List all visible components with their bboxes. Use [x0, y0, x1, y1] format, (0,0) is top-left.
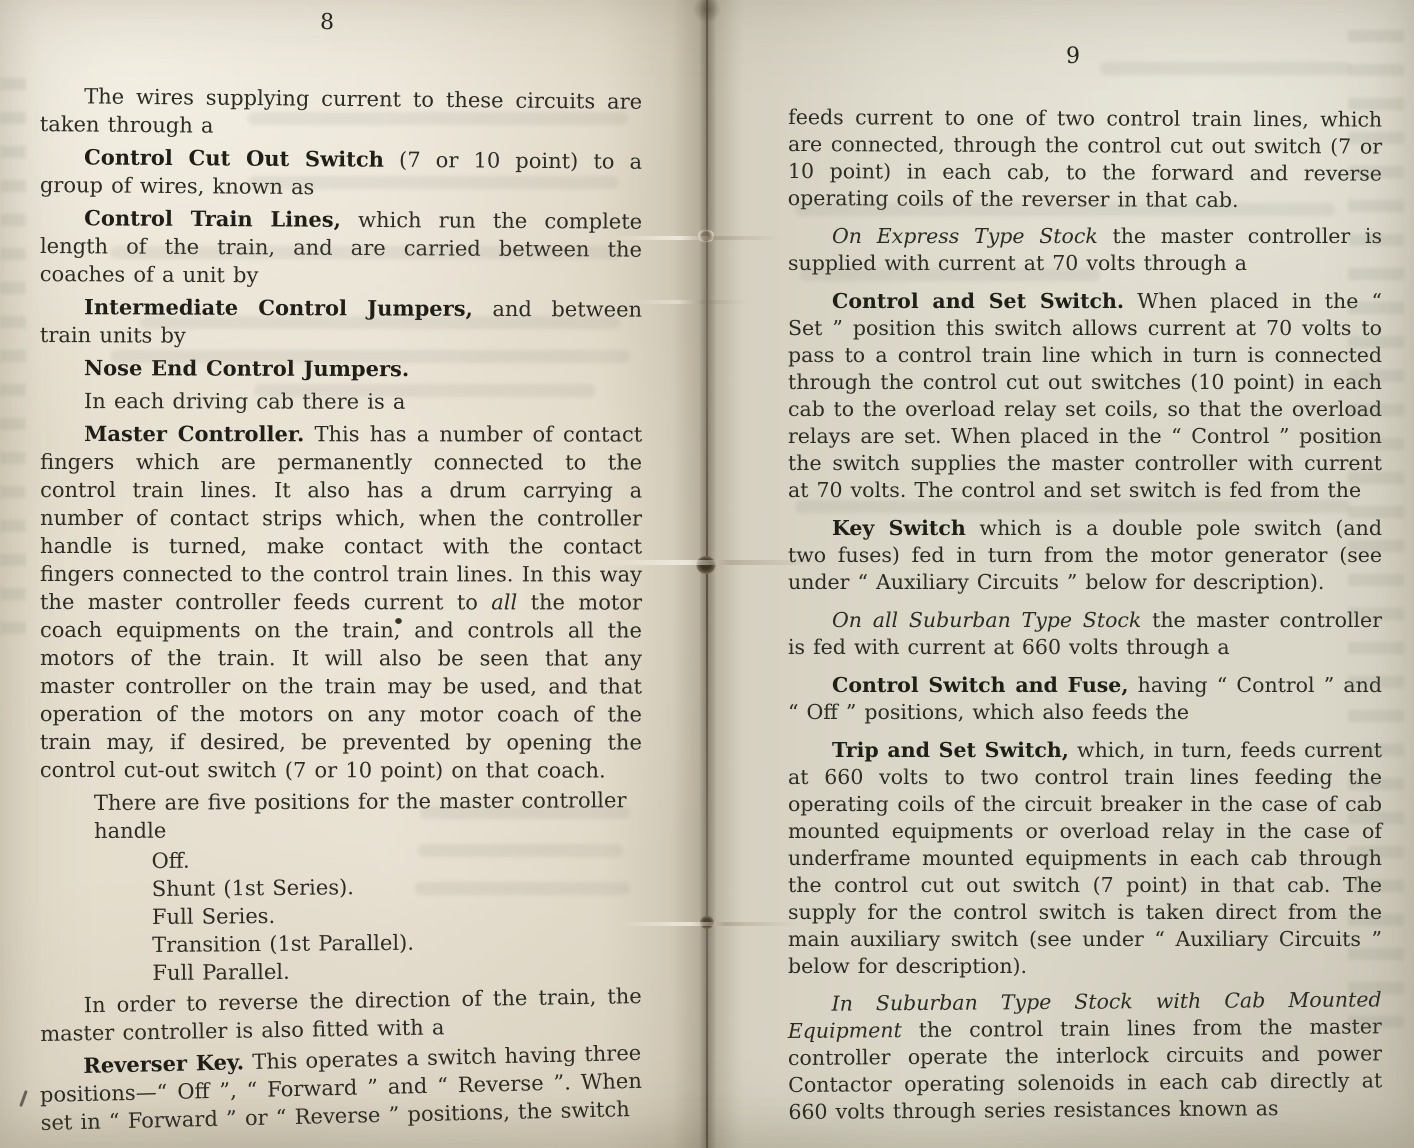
paragraph: Intermediate Control Jumpers, and betwee… [40, 293, 642, 352]
body-text: In each driving cab there is a [84, 389, 406, 414]
body-text: This has a number of contact fingers whi… [40, 422, 642, 614]
body-text: the motor coach equipments on the train,… [40, 590, 642, 782]
headword: Intermediate Control Jumpers, [84, 294, 473, 321]
headword: Control and Set Switch. [832, 289, 1124, 313]
body-text: feeds current to one of two control trai… [788, 105, 1382, 212]
bleed-through-ghost [1100, 62, 1350, 75]
position-list: Off.Shunt (1st Series).Full Series.Trans… [151, 843, 642, 987]
list-item: Transition (1st Parallel). [152, 927, 642, 959]
body-text: In order to reverse the direction of the… [40, 984, 642, 1046]
paragraph: Master Controller. This has a number of … [40, 420, 642, 785]
list-item: Off. [151, 843, 641, 875]
paragraph: On all Suburban Type Stock the master co… [788, 607, 1382, 661]
paragraph: In each driving cab there is a [40, 387, 642, 416]
list-item: Shunt (1st Series). [152, 871, 642, 903]
list-item: Full Parallel. [152, 955, 642, 987]
body-text: which, in turn, feeds current at 660 vol… [788, 738, 1382, 978]
paragraph: Control Cut Out Switch (7 or 10 point) t… [40, 143, 642, 204]
paragraph: On Express Type Stock the master control… [788, 223, 1382, 277]
body-text: The wires supplying current to these cir… [40, 84, 642, 137]
pen-mark [19, 1090, 28, 1107]
italic-text: On Express Type Stock [832, 224, 1098, 248]
page-number-right: 9 [1066, 44, 1080, 69]
body-text: When placed in the “ Set ” position this… [788, 289, 1382, 502]
paragraph: In order to reverse the direction of the… [40, 982, 643, 1048]
paragraph: Trip and Set Switch, which, in turn, fee… [788, 737, 1382, 980]
paragraph: In Suburban Type Stock with Cab Mounted … [787, 986, 1382, 1126]
bleed-through-ghost-column [0, 78, 26, 638]
page-number-left: 8 [320, 10, 334, 35]
ink-speck [395, 618, 402, 624]
headword: Trip and Set Switch, [832, 738, 1069, 762]
page-left: 8 The wires supplying current to these c… [0, 0, 700, 1148]
paragraph: Nose End Control Jumpers. [40, 354, 642, 384]
list-item: Full Series. [152, 899, 642, 931]
paragraph: There are five positions for the master … [94, 786, 642, 845]
paragraph: feeds current to one of two control trai… [788, 104, 1382, 215]
paragraph: Control Switch and Fuse, having “ Contro… [788, 672, 1382, 726]
paragraph: Reverser Key. This operates a switch hav… [39, 1039, 643, 1137]
italic-text: On all Suburban Type Stock [832, 608, 1141, 632]
headword: Key Switch [832, 516, 966, 540]
paragraph: Key Switch which is a double pole switch… [788, 515, 1382, 596]
paragraph: Control Train Lines, which run the compl… [40, 204, 643, 292]
paragraph: The wires supplying current to these cir… [40, 82, 643, 144]
headword: Control Train Lines, [84, 205, 341, 232]
right-page-text: feeds current to one of two control trai… [788, 104, 1382, 1137]
left-page-text: The wires supplying current to these cir… [40, 82, 642, 1142]
book-spread: 8 The wires supplying current to these c… [0, 0, 1414, 1148]
headword: Control Cut Out Switch [84, 144, 384, 171]
headword: Master Controller. [84, 421, 304, 446]
headword: Nose End Control Jumpers. [84, 355, 409, 381]
italic-text: all [491, 590, 517, 614]
page-right: 9 feeds current to one of two control tr… [700, 0, 1414, 1148]
headword: Control Switch and Fuse, [832, 673, 1128, 697]
headword: Reverser Key. [83, 1049, 244, 1078]
paragraph: Control and Set Switch. When placed in t… [788, 288, 1382, 504]
body-text: There are five positions for the master … [94, 788, 627, 843]
